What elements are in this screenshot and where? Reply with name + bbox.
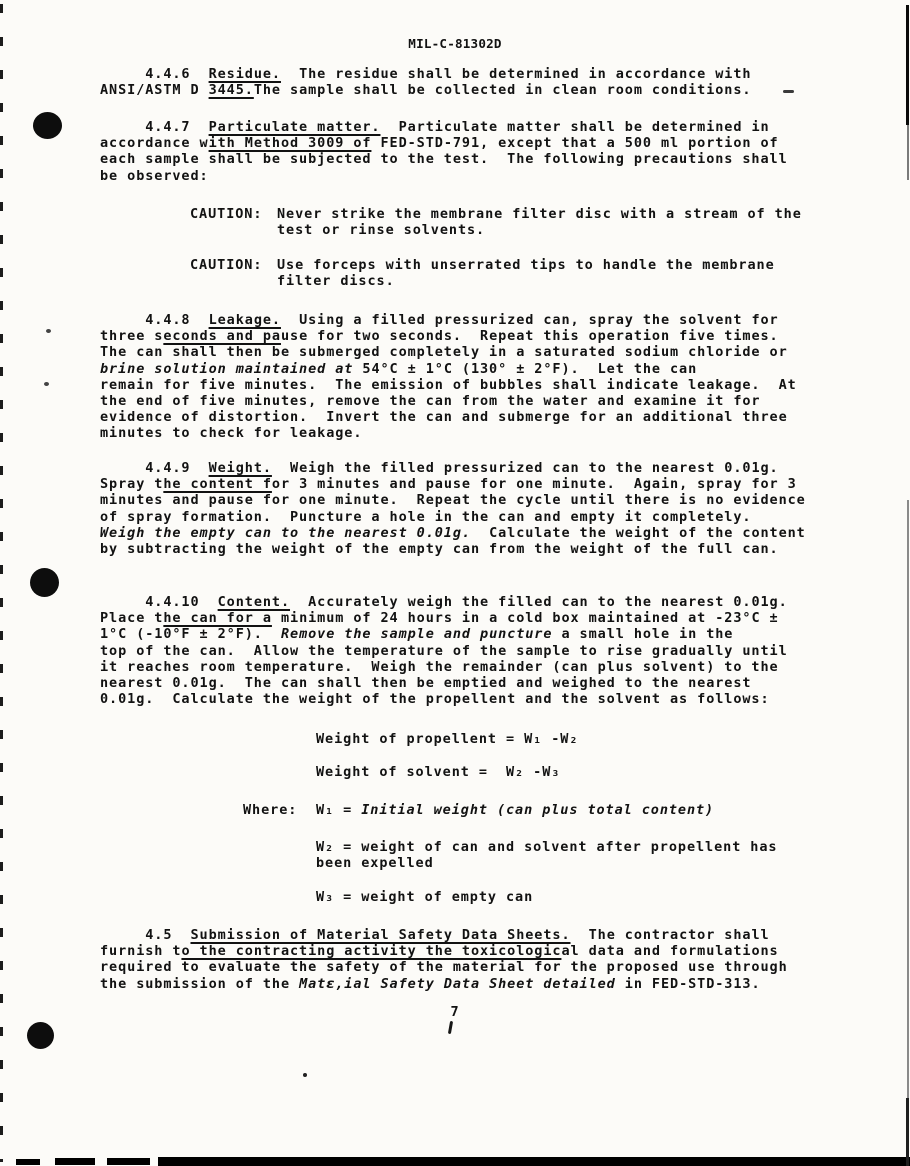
para-4-4-9-weight: 4.4.9 Weight. Weigh the filled pressuriz…	[100, 460, 806, 557]
para-4-4-8-leakage: 4.4.8 Leakage. Using a filled pressurize…	[100, 312, 797, 442]
stray-speck-3	[303, 1073, 307, 1077]
where-label: Where:	[243, 802, 297, 818]
bottom-scan-bar	[158, 1157, 910, 1166]
para-4-4-7-particulate-matter: 4.4.7 Particulate matter. Particulate ma…	[100, 119, 788, 184]
formula-weight-of-solvent: Weight of solvent = W₂ -W₃	[316, 764, 560, 780]
definition-w1: W₁ = Initial weight (can plus total cont…	[316, 802, 714, 818]
para-4-4-10-content: 4.4.10 Content. Accurately weigh the fil…	[100, 594, 788, 707]
left-binding-marks	[0, 4, 3, 1162]
definition-w3: W₃ = weight of empty can	[316, 889, 533, 905]
stray-speck-1	[46, 329, 51, 333]
doc-id-header: MIL-C-81302D	[0, 36, 910, 52]
bottom-scan-dash-1	[55, 1158, 95, 1165]
right-edge-line-top	[906, 5, 909, 125]
hole-punch-mark-top	[33, 112, 62, 139]
right-edge-line-lower	[907, 500, 909, 1166]
right-edge-line-bottom	[906, 1098, 909, 1166]
caution-1-label: CAUTION:	[190, 206, 262, 222]
formula-weight-of-propellent: Weight of propellent = W₁ -W₂	[316, 731, 578, 747]
page-number: 7	[0, 1004, 910, 1020]
stray-apostrophe-mark	[448, 1021, 453, 1034]
right-edge-line-upper	[907, 125, 909, 180]
caution-2-text: Use forceps with unserrated tips to hand…	[277, 257, 775, 289]
scanned-document-page: MIL-C-81302D 4.4.6 Residue. The residue …	[0, 0, 910, 1166]
hole-punch-mark-bottom	[27, 1022, 54, 1049]
stray-dash-mark	[783, 90, 794, 93]
definition-w2: W₂ = weight of can and solvent after pro…	[316, 839, 777, 871]
hole-punch-mark-middle	[30, 568, 59, 597]
para-4-4-6-residue: 4.4.6 Residue. The residue shall be dete…	[100, 66, 751, 98]
stray-speck-2	[44, 382, 49, 386]
caution-1-text: Never strike the membrane filter disc wi…	[277, 206, 802, 238]
caution-2-label: CAUTION:	[190, 257, 262, 273]
bottom-scan-dash-2	[107, 1158, 150, 1165]
para-4-5-msds-submission: 4.5 Submission of Material Safety Data S…	[100, 927, 788, 992]
bottom-scan-dash-3	[16, 1159, 40, 1165]
